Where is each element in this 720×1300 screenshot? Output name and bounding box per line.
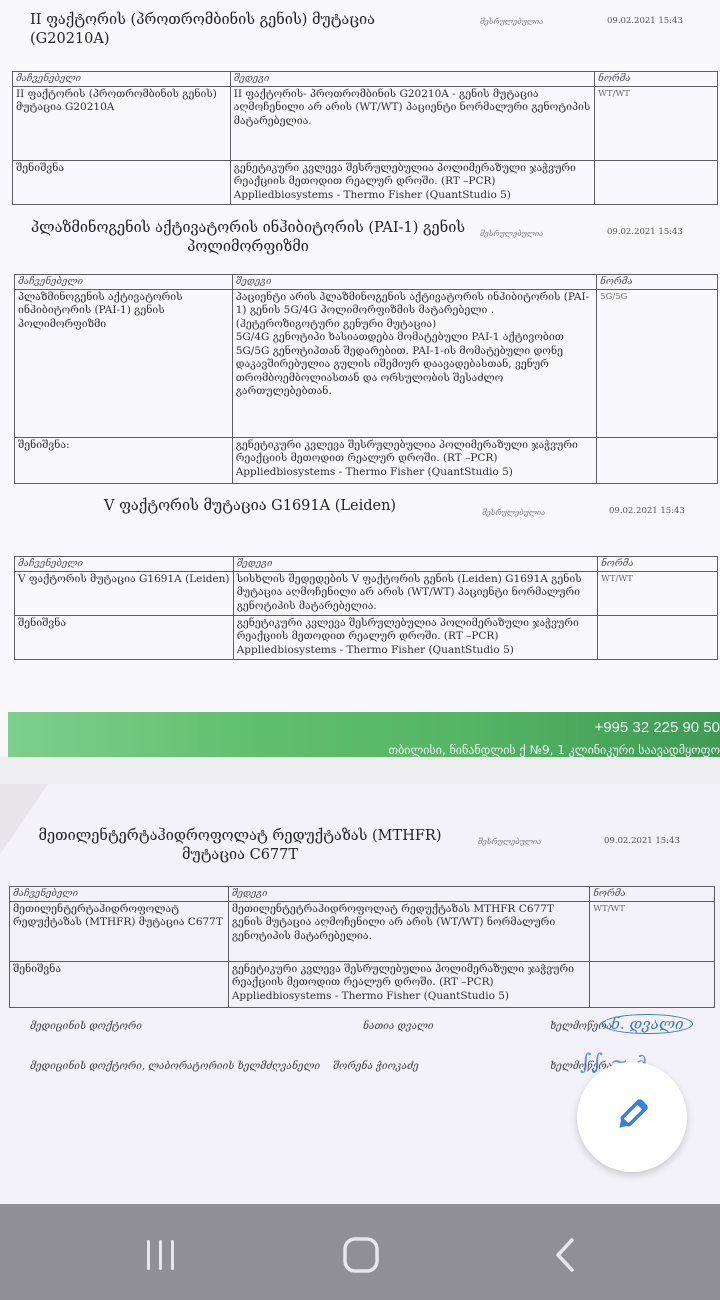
note-label: შენიშვნა [10,961,229,1007]
section-title-line1: მეთილენტერტაჰიდროფოლატ რედუქტაზას (MTHFR… [30,827,450,846]
note-label: შენიშვნა [15,615,234,659]
footer-phone: +995 32 225 90 50 [594,719,720,736]
handwritten-signature-1: ნ. დვალი [602,1014,693,1034]
home-icon [342,1236,380,1278]
document-page-1: II ფაქტორის (პროთრომბინის გენის) მუტაცია… [0,0,720,757]
recents-icon [145,1238,177,1276]
note-norm-cell [597,437,718,483]
page-separator [0,757,720,784]
note-cell: გენეტიკური კვლევა შესრულებულია პოლიმერაზ… [228,961,589,1007]
note-norm-cell [598,615,718,659]
header-indicator: მაჩვენებელი [10,887,229,902]
header-result: შედეგი [232,275,596,290]
header-result: შედეგი [233,557,597,572]
back-icon [554,1237,576,1277]
section-title-factor-ii: II ფაქტორის (პროთრომბინის გენის) მუტაცია… [30,11,450,49]
header-result: შედეგი [228,887,589,902]
status-label: შესრულებულია [478,837,541,846]
result-datetime: 09.02.2021 15:43 [609,506,685,516]
result-table-mthfr: მაჩვენებელი შედეგი ნორმა მეთილენტერტაჰიდ… [9,886,715,1008]
result-text-2: 5G/4G გენოტიპი ხასიათდება მომატებული PAI… [236,331,593,399]
header-norm: ნორმა [595,72,718,87]
note-norm-cell [590,961,715,1007]
header-indicator: მაჩვენებელი [15,275,233,290]
status-label: შესრულებულია [482,508,545,517]
norm-cell: WT/WT [598,571,718,615]
indicator-cell: მეთილენტერტაჰიდროფოლატ რედუქტაზას (MTHFR… [10,901,229,961]
note-cell: გენეტიკური კვლევა შესრულებულია პოლიმერაზ… [230,160,594,204]
footer-band: +995 32 225 90 50 თბილისი, წინანდლის ქ №… [8,712,720,757]
result-datetime: 09.02.2021 15:43 [607,16,683,26]
section-title-mthfr: მეთილენტერტაჰიდროფოლატ რედუქტაზას (MTHFR… [30,827,450,865]
home-button[interactable] [331,1232,391,1282]
result-datetime: 09.02.2021 15:43 [604,836,680,846]
result-cell: II ფაქტორის- პროთრომბინის G20210A - გენი… [230,86,594,160]
result-cell: პაციენტი არის პლაზმინოგენის აქტივატორის … [232,289,596,437]
pencil-icon [612,1095,652,1139]
result-text: პაციენტი არის პლაზმინოგენის აქტივატორის … [236,291,593,332]
norm-cell: 5G/5G [597,289,718,437]
edit-fab-button[interactable] [577,1062,687,1172]
header-indicator: მაჩვენებელი [13,72,231,87]
result-cell: სისხლის შედედების V ფაქტორის გენის (Leid… [233,571,597,615]
norm-cell: WT/WT [595,86,718,160]
signer-name-1: ნათია დვალი [363,1021,434,1032]
indicator-cell: II ფაქტორის (პროთრომბინის გენის) მუტაცია… [13,86,231,160]
status-label: შესრულებულია [480,229,543,238]
note-label: შენიშვნა [13,160,231,204]
footer-address: თბილისი, წინანდლის ქ №9, 1 კლინიკური საა… [388,743,720,757]
result-datetime: 09.02.2021 15:43 [607,227,683,237]
section-title-line2: პოლიმორფიზმი [28,238,468,257]
result-table-factor-v: მაჩვენებელი შედეგი ნორმა V ფაქტორის მუტა… [14,556,718,660]
note-cell: გენეტიკური კვლევა შესრულებულია პოლიმერაზ… [232,437,596,483]
result-table-pai1: მაჩვენებელი შედეგი ნორმა პლაზმინოგენის ა… [14,274,718,484]
note-cell: გენეტიკური კვლევა შესრულებულია პოლიმერაზ… [233,615,597,659]
result-table-factor-ii: მაჩვენებელი შედეგი ნორმა II ფაქტორის (პრ… [12,71,718,205]
section-title-line1: პლაზმინოგენის აქტივატორის ინჰიბიტორის (P… [28,219,468,238]
header-norm: ნორმა [598,557,718,572]
note-label: შენიშვნა: [15,437,233,483]
norm-cell: WT/WT [590,901,715,961]
signer-name-2: შორენა ჭიოკაძე [333,1061,419,1072]
header-norm: ნორმა [590,887,715,902]
header-indicator: მაჩვენებელი [15,557,234,572]
result-cell: მეთილენტეტრაჰიდროფოლატ რედუქტაზას MTHFR … [228,901,589,961]
signer-role-1: მედიცინის დოქტორი [30,1021,142,1032]
section-title-factor-v: V ფაქტორის მუტაცია G1691A (Leiden) [104,497,404,516]
system-navigation-bar [0,1204,720,1300]
section-title-line2: მუტაცია C677T [30,846,450,865]
note-norm-cell [595,160,718,204]
recents-button[interactable] [131,1232,191,1282]
back-button[interactable] [535,1232,595,1282]
status-label: შესრულებულია [480,17,543,26]
indicator-cell: V ფაქტორის მუტაცია G1691A (Leiden) [15,571,234,615]
header-norm: ნორმა [597,275,718,290]
signer-role-2: მედიცინის დოქტორი, ლაბორატორიის ხელმძღვა… [30,1061,320,1072]
header-result: შედეგი [230,72,594,87]
section-title-pai1: პლაზმინოგენის აქტივატორის ინჰიბიტორის (P… [28,219,468,257]
indicator-cell: პლაზმინოგენის აქტივატორის ინჰიბიტორის (P… [15,289,233,437]
